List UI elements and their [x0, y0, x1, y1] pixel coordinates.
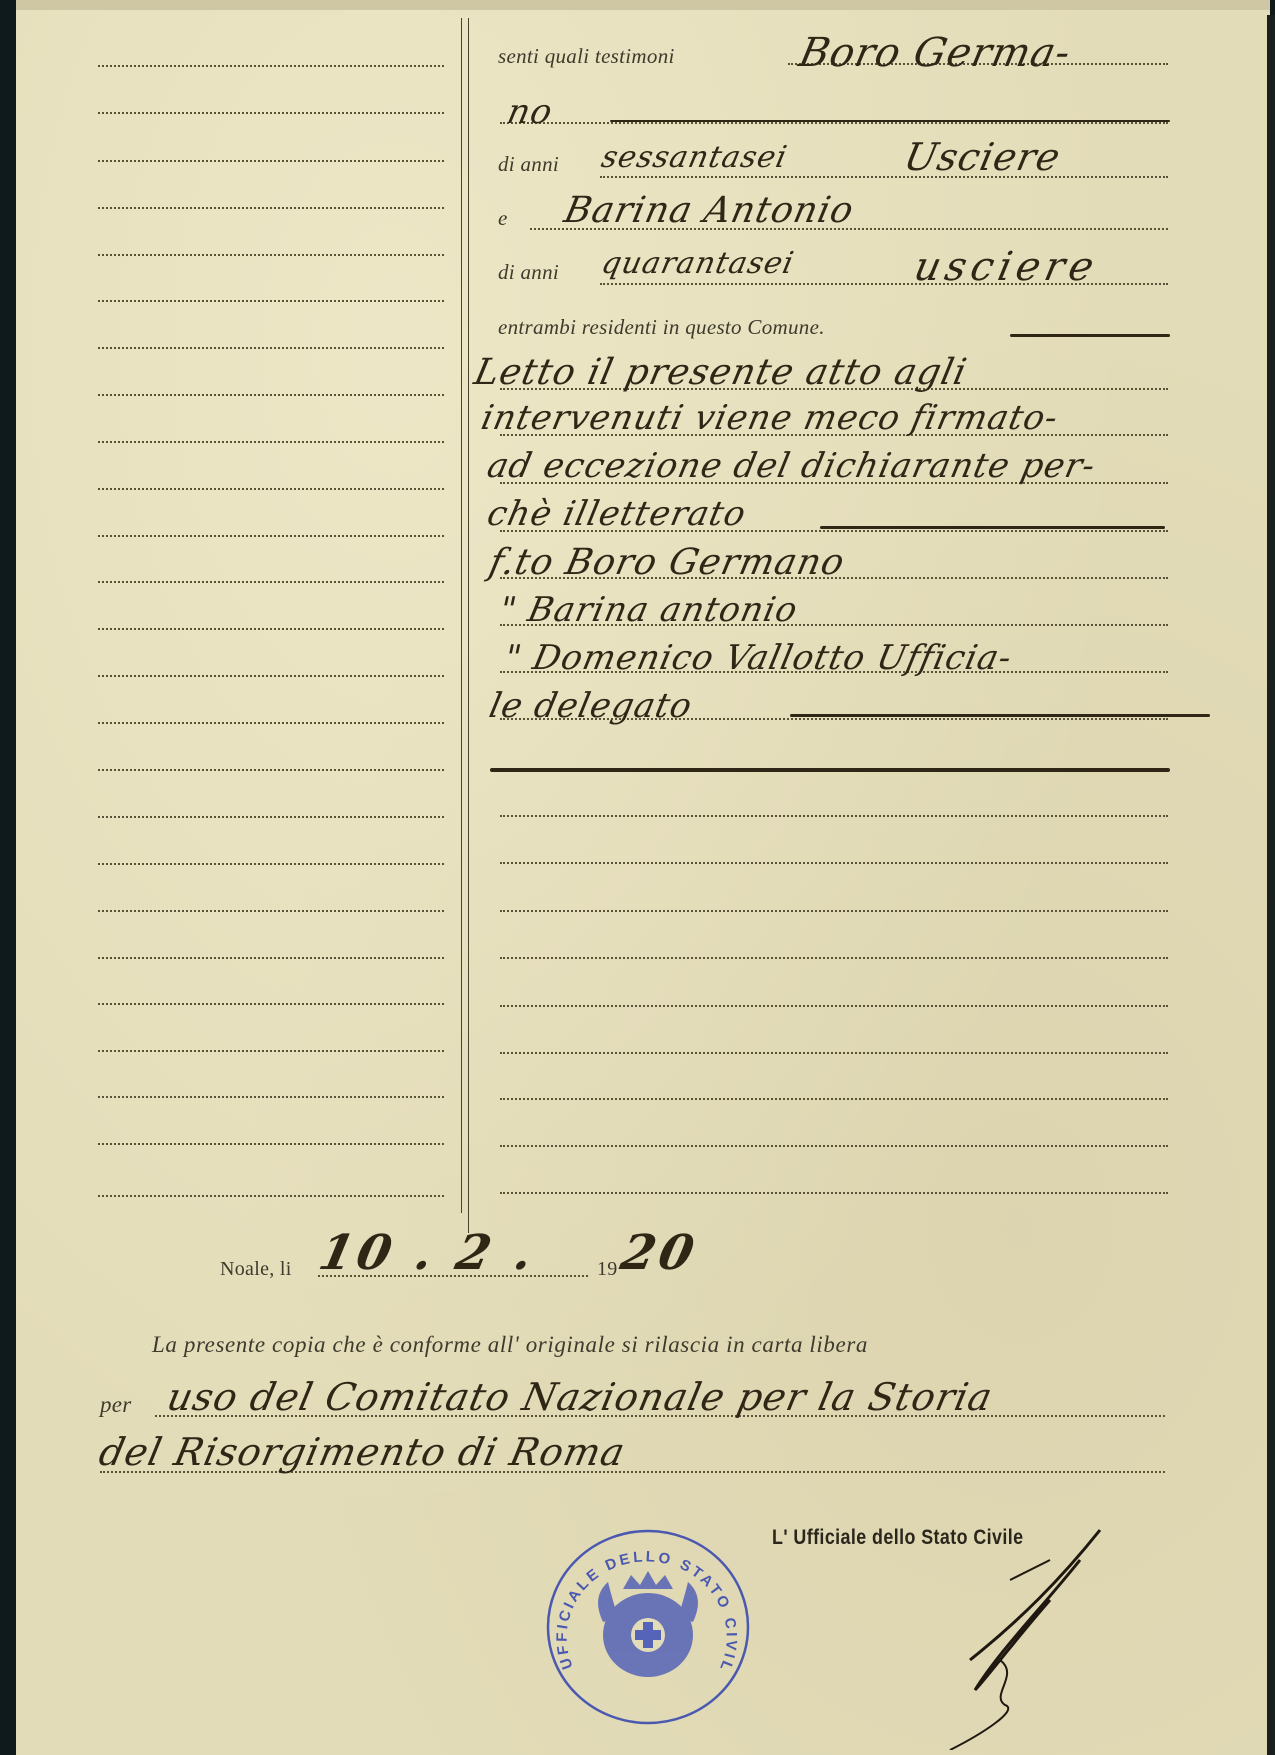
- official-stamp: UFFICIALE DELLO STATO CIVILE DI NOALE: [543, 1527, 753, 1727]
- blank-line: [98, 957, 444, 959]
- signature-line-officer: " Domenico Vallotto Ufficia-: [501, 638, 1016, 678]
- blank-line: [98, 1143, 444, 1145]
- filler-stroke: [790, 714, 1210, 717]
- blank-line: [98, 1003, 444, 1005]
- blank-line: [500, 815, 1168, 817]
- witness2-occupation: usciere: [910, 244, 1103, 290]
- blank-line: [98, 816, 444, 818]
- blank-line: [500, 1005, 1168, 1007]
- blank-line: [98, 65, 444, 67]
- blank-line: [98, 488, 444, 490]
- year-suffix: 20: [616, 1225, 703, 1281]
- blank-line: [98, 722, 444, 724]
- fill-line: [500, 122, 1168, 124]
- closing-line: intervenuti viene meco firmato-: [478, 398, 1062, 438]
- blank-line: [98, 769, 444, 771]
- signature-line-officer-cont: le delegato: [486, 686, 696, 726]
- blank-line: [500, 1145, 1168, 1147]
- purpose-line-1: uso del Comitato Nazionale per la Storia: [163, 1375, 997, 1419]
- filler-stroke: [820, 526, 1165, 529]
- signature-line-witness1: f.to Boro Germano: [486, 542, 849, 583]
- blank-line: [98, 1096, 444, 1098]
- witness1-name: Boro Germa-: [795, 30, 1075, 76]
- blank-line: [500, 1052, 1168, 1054]
- blank-line: [98, 347, 444, 349]
- certification-statement: La presente copia che è conforme all' or…: [152, 1332, 868, 1358]
- place-label: Noale, li: [220, 1258, 292, 1281]
- filler-stroke: [1010, 334, 1170, 337]
- blank-line: [98, 581, 444, 583]
- blank-line: [98, 535, 444, 537]
- blank-line: [98, 1195, 444, 1197]
- filler-stroke: [610, 120, 1170, 122]
- column-divider-rule: [468, 18, 469, 1233]
- blank-line: [98, 628, 444, 630]
- officer-signature: [940, 1520, 1120, 1750]
- closing-rule: [490, 768, 1170, 772]
- fill-line: [600, 176, 1168, 178]
- blank-line: [98, 394, 444, 396]
- blank-line: [98, 207, 444, 209]
- blank-line: [98, 300, 444, 302]
- per-label: per: [100, 1392, 132, 1418]
- blank-line: [500, 1192, 1168, 1194]
- blank-line: [98, 160, 444, 162]
- blank-line: [98, 675, 444, 677]
- age-label-1: di anni: [498, 152, 559, 177]
- signature-line-witness2: " Barina antonio: [496, 590, 802, 630]
- blank-line: [98, 1050, 444, 1052]
- residence-line: entrambi residenti in questo Comune.: [498, 315, 825, 340]
- column-divider-rule: [461, 18, 462, 1213]
- closing-line: chè illetterato: [484, 494, 750, 534]
- witness2-age: quarantasei: [598, 246, 797, 281]
- purpose-line-2: del Risorgimento di Roma: [95, 1430, 629, 1474]
- witness2-name: Barina Antonio: [561, 190, 858, 231]
- witness1-name-continuation: no: [504, 92, 557, 132]
- conjunction-e: e: [498, 206, 508, 231]
- blank-line: [98, 910, 444, 912]
- closing-line: ad eccezione del dichiarante per-: [484, 446, 1100, 486]
- closing-line: Letto il presente atto agli: [471, 352, 971, 393]
- date-day-month: 10 . 2 .: [314, 1225, 542, 1281]
- witness1-age: sessantasei: [598, 140, 790, 175]
- scan-right-edge: [1267, 15, 1275, 1755]
- year-prefix: 19: [597, 1258, 618, 1281]
- blank-line: [500, 910, 1168, 912]
- blank-line: [98, 112, 444, 114]
- age-label-2: di anni: [498, 260, 559, 285]
- witnesses-label: senti quali testimoni: [498, 44, 675, 69]
- witness1-occupation: Usciere: [900, 135, 1064, 179]
- paper-top-edge: [16, 0, 1270, 10]
- blank-line: [98, 441, 444, 443]
- blank-line: [500, 1098, 1168, 1100]
- blank-line: [500, 957, 1168, 959]
- blank-line: [98, 863, 444, 865]
- blank-line: [500, 862, 1168, 864]
- blank-line: [98, 254, 444, 256]
